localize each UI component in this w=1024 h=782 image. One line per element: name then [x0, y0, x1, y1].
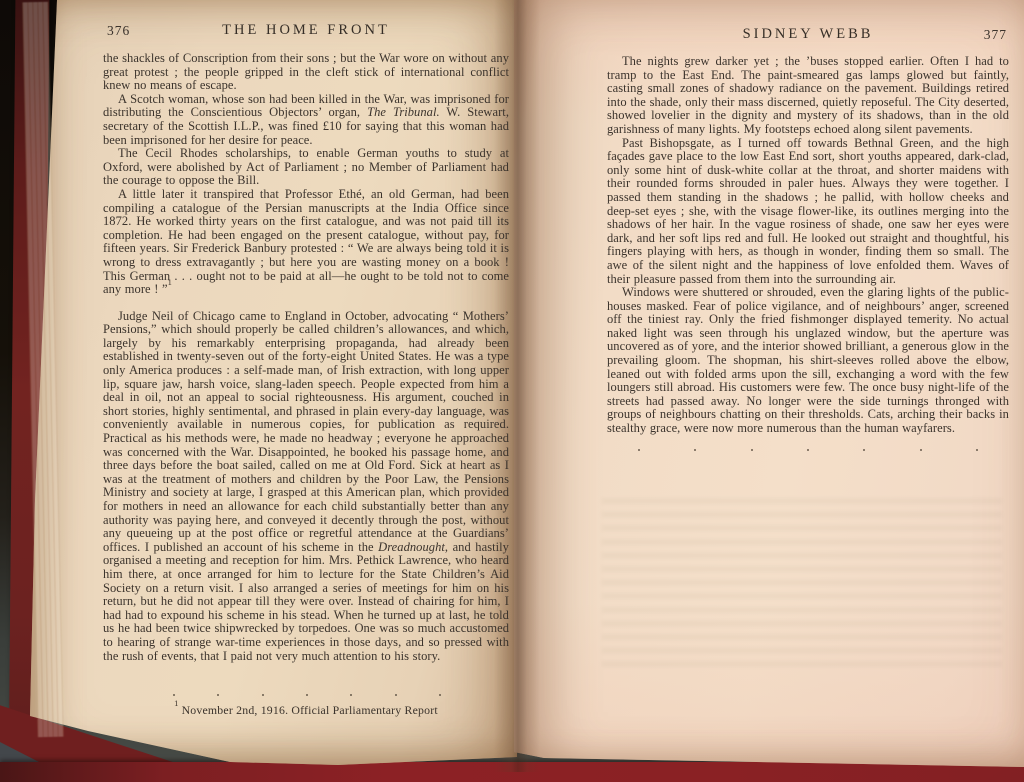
running-title-right: SIDNEY WEBB	[607, 26, 1009, 43]
paragraph: the shackles of Conscription from their …	[103, 52, 509, 93]
paragraph: Judge Neil of Chicago came to England in…	[103, 310, 509, 663]
separator-dot	[262, 694, 264, 696]
right-page-body: The nights grew darker yet ; the ’buses …	[607, 55, 1009, 436]
paragraph: The nights grew darker yet ; the ’buses …	[607, 55, 1009, 137]
separator-dot	[976, 449, 978, 451]
separator-dot	[807, 449, 809, 451]
separator-dot	[920, 449, 922, 451]
separator-dot	[638, 449, 640, 451]
footnote-marker: 1	[174, 698, 178, 708]
paragraph: Past Bishopsgate, as I turned off toward…	[607, 137, 1009, 287]
footnote: 1November 2nd, 1916. Official Parliament…	[103, 703, 509, 718]
page-number-left: 376	[107, 22, 130, 39]
section-separator-right	[638, 449, 978, 451]
separator-dot	[863, 449, 865, 451]
section-separator-left	[173, 694, 441, 696]
separator-dot	[217, 694, 219, 696]
separator-dot	[395, 694, 397, 696]
separator-dot	[751, 449, 753, 451]
open-book-photo: 376 THE HOME FRONT the shackles of Consc…	[0, 0, 1024, 782]
separator-dot	[694, 449, 696, 451]
paragraph: A Scotch woman, whose son had been kille…	[103, 93, 509, 147]
separator-dot	[306, 694, 308, 696]
footnote-text: November 2nd, 1916. Official Parliamenta…	[182, 703, 438, 717]
left-page-content: 376 THE HOME FRONT the shackles of Consc…	[103, 22, 509, 663]
page-number-right: 377	[984, 26, 1007, 43]
right-page-header: 377 SIDNEY WEBB	[607, 26, 1009, 43]
separator-dot	[173, 694, 175, 696]
paragraph: Windows were shuttered or shrouded, even…	[607, 286, 1009, 436]
left-page-body: the shackles of Conscription from their …	[103, 52, 509, 663]
left-page-header: 376 THE HOME FRONT	[103, 22, 509, 39]
separator-dot	[439, 694, 441, 696]
bleedthrough-text	[602, 498, 1002, 668]
separator-dot	[350, 694, 352, 696]
paragraph: A little later it transpired that Profes…	[103, 188, 509, 297]
right-page-content: 377 SIDNEY WEBB The nights grew darker y…	[607, 26, 1009, 451]
running-title-left: THE HOME FRONT	[103, 22, 509, 39]
paragraph: The Cecil Rhodes scholarships, to enable…	[103, 147, 509, 188]
